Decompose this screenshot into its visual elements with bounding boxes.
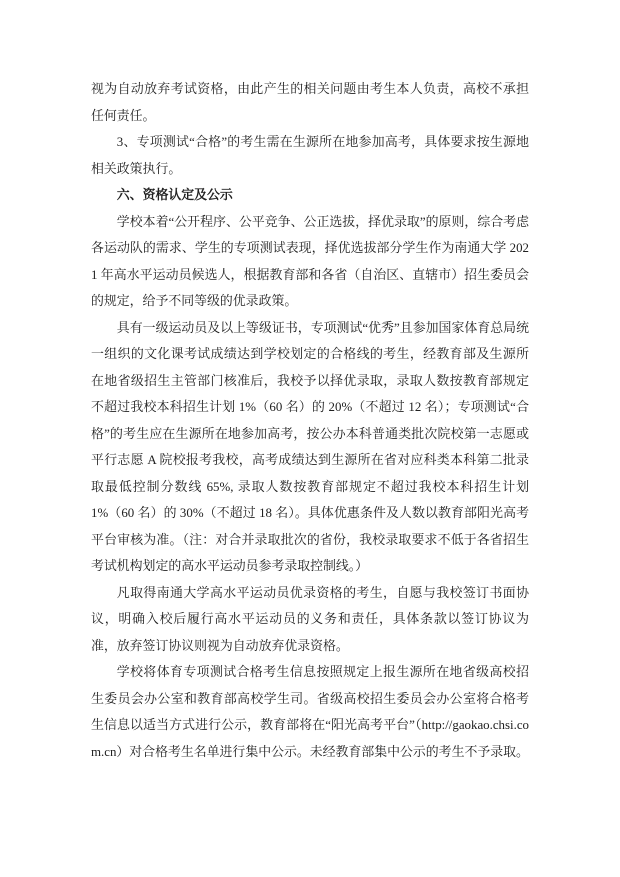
paragraph-forfeit-carryover: 视为自动放弃考试资格，由此产生的相关问题由考生本人负责，高校不承担任何责任。 bbox=[91, 76, 529, 129]
paragraph-selection-principle: 学校本着“公开程序、公平竞争、公正选拔，择优录取”的原则，综合考虑各运动队的需求… bbox=[91, 209, 529, 315]
document-page: 视为自动放弃考试资格，由此产生的相关问题由考生本人负责，高校不承担任何责任。 3… bbox=[0, 0, 620, 877]
document-text-block: 视为自动放弃考试资格，由此产生的相关问题由考生本人负责，高校不承担任何责任。 3… bbox=[91, 76, 529, 765]
paragraph-agreement: 凡取得南通大学高水平运动员优录资格的考生，自愿与我校签订书面协议，明确入校后履行… bbox=[91, 580, 529, 660]
paragraph-item-3: 3、专项测试“合格”的考生需在生源所在地参加高考，具体要求按生源地相关政策执行。 bbox=[91, 129, 529, 182]
paragraph-admission-rules: 具有一级运动员及以上等级证书，专项测试“优秀”且参加国家体育总局统一组织的文化课… bbox=[91, 315, 529, 580]
paragraph-publicity: 学校将体育专项测试合格考生信息按照规定上报生源所在地省级高校招生委员会办公室和教… bbox=[91, 659, 529, 765]
section-heading: 六、资格认定及公示 bbox=[91, 182, 529, 209]
